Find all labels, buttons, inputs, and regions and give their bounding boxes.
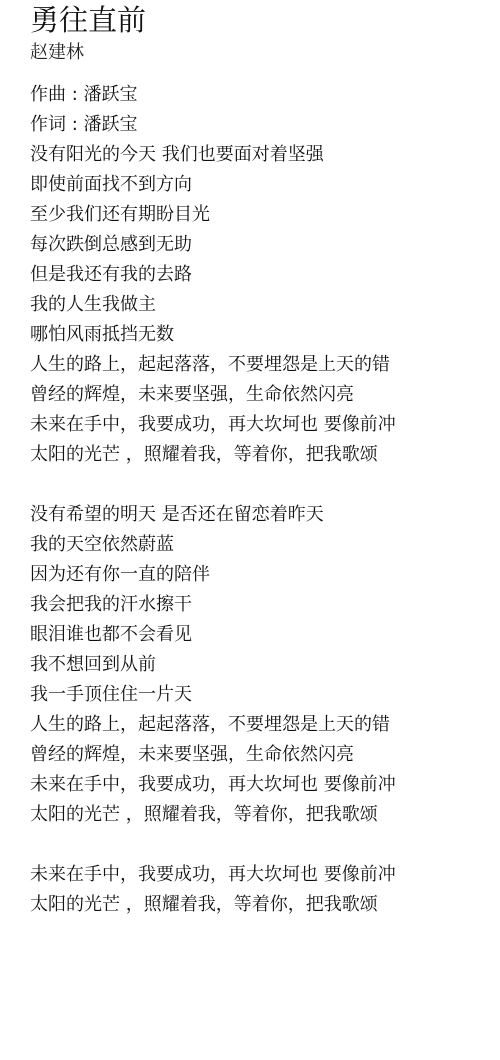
lyrics-body: 作曲 : 潘跃宝 作词 : 潘跃宝 没有阳光的今天 我们也要面对着坚强 即使前面… [30,80,500,920]
lyric-line: 人生的路上，起起落落，不要埋怨是上天的错 [30,350,500,380]
lyric-line: 我的天空依然蔚蓝 [30,530,500,560]
artist-name: 赵建林 [30,40,500,66]
lyric-line: 因为还有你一直的陪伴 [30,560,500,590]
lyric-line: 太阳的光芒 ，照耀着我，等着你，把我歌颂 [30,800,500,830]
lyric-line: 未来在手中，我要成功，再大坎坷也 要像前冲 [30,410,500,440]
lyric-line: 我的人生我做主 [30,290,500,320]
lyric-line: 太阳的光芒 ，照耀着我，等着你，把我歌颂 [30,440,500,470]
stanza-break [30,830,500,860]
song-title: 勇往直前 [30,0,500,40]
lyric-line: 我一手顶住住一片天 [30,680,500,710]
stanza-break [30,470,500,500]
lyric-line: 每次跌倒总感到无助 [30,230,500,260]
lyric-line: 没有阳光的今天 我们也要面对着坚强 [30,140,500,170]
lyrics-page: 勇往直前 赵建林 作曲 : 潘跃宝 作词 : 潘跃宝 没有阳光的今天 我们也要面… [0,0,500,920]
lyric-line: 我会把我的汗水擦干 [30,590,500,620]
lyricist-credit: 作词 : 潘跃宝 [30,110,500,140]
lyric-line: 但是我还有我的去路 [30,260,500,290]
lyric-line: 至少我们还有期盼目光 [30,200,500,230]
lyric-line: 太阳的光芒 ，照耀着我，等着你，把我歌颂 [30,890,500,920]
lyric-line: 没有希望的明天 是否还在留恋着昨天 [30,500,500,530]
lyric-line: 眼泪谁也都不会看见 [30,620,500,650]
lyric-line: 未来在手中，我要成功，再大坎坷也 要像前冲 [30,770,500,800]
lyric-line: 未来在手中，我要成功，再大坎坷也 要像前冲 [30,860,500,890]
lyric-line: 曾经的辉煌，未来要坚强，生命依然闪亮 [30,380,500,410]
composer-credit: 作曲 : 潘跃宝 [30,80,500,110]
lyric-line: 曾经的辉煌，未来要坚强，生命依然闪亮 [30,740,500,770]
lyric-line: 我不想回到从前 [30,650,500,680]
lyric-line: 即使前面找不到方向 [30,170,500,200]
lyric-line: 哪怕风雨抵挡无数 [30,320,500,350]
lyric-line: 人生的路上，起起落落，不要埋怨是上天的错 [30,710,500,740]
